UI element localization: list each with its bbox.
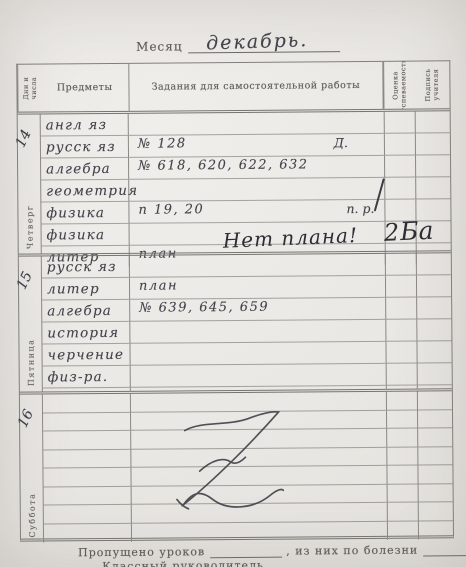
subject-text: алгебра <box>46 161 111 178</box>
signature-cell <box>418 428 452 447</box>
grade-cell <box>386 320 417 342</box>
signature-cell <box>416 155 450 177</box>
signature-cell <box>419 502 453 521</box>
signature-cell <box>417 341 451 363</box>
signature-cell <box>419 521 453 540</box>
month-label: Месяц <box>136 39 183 53</box>
subject-cell <box>43 449 131 468</box>
grade-cell <box>386 254 417 276</box>
z-doodle <box>170 407 291 518</box>
day-label-cell: 15 Пятница <box>19 257 43 392</box>
day-label-cell: 14 Четверг <box>18 115 42 254</box>
subject-cell: англ яз <box>41 114 129 137</box>
teacher-signature: Ба <box>399 216 433 246</box>
subject-text: физика <box>47 227 106 243</box>
subject-cell: литер <box>42 278 130 301</box>
header-subjects: Предметы <box>41 64 129 112</box>
task-cell: № 128Д. <box>129 134 385 158</box>
diary-row: русск яз № 128Д. <box>41 133 450 158</box>
task-cell: план <box>130 276 386 300</box>
missed-lessons-label: Пропущено уроков <box>78 545 205 559</box>
day-date-handwritten: 15 <box>14 269 36 292</box>
subject-cell: русск яз <box>42 256 130 279</box>
diary-row: история <box>42 319 451 344</box>
signature-cell <box>417 253 451 275</box>
signature-cell <box>417 319 451 341</box>
grade-cell <box>386 342 417 364</box>
diary-table: Дни и числа Предметы Задания для самосто… <box>16 60 454 541</box>
task-cell <box>129 112 385 136</box>
signature-cell <box>416 111 450 133</box>
task-text: план <box>139 277 178 298</box>
subject-text: русск яз <box>47 259 117 276</box>
day-date-handwritten: 14 <box>13 127 35 150</box>
grade-cell <box>386 298 417 320</box>
grade-cell <box>385 112 416 134</box>
grade-cell <box>387 447 418 466</box>
task-text: № 128 <box>138 135 187 156</box>
day-name: Четверг <box>25 204 34 248</box>
task-cell <box>131 364 387 388</box>
teacher-note-text: Нет плана! <box>222 223 358 253</box>
task-cell: № 639, 645, 659 <box>130 298 386 322</box>
signature-cell <box>418 465 452 484</box>
subject-cell: история <box>42 322 130 345</box>
subject-cell: русск яз <box>41 136 129 159</box>
signature-cell <box>417 275 451 297</box>
subject-cell: физика <box>41 202 129 225</box>
table-header-row: Дни и числа Предметы Задания для самосто… <box>17 61 449 114</box>
subject-text: черчение <box>47 347 124 364</box>
grade-cell <box>385 134 416 156</box>
header-grade: Оценка успеваемости <box>384 62 415 109</box>
diary-row: физ-ра. <box>43 363 452 388</box>
day-name: Суббота <box>28 493 37 538</box>
subject-text: физ-ра. <box>48 369 109 385</box>
missed-lessons-blank <box>210 547 282 559</box>
diary-row: литер план <box>42 275 451 300</box>
diary-sheet: Месяц декабрь. Дни и числа Предметы Зада… <box>0 0 466 567</box>
day-rows: русск яз литер план алгебра № 639, 645, … <box>42 253 452 391</box>
diary-row: алгебра № 639, 645, 659 <box>42 297 451 322</box>
grade-cell <box>388 484 419 503</box>
illness-label: , из них по болезни <box>286 544 418 558</box>
illness-blank <box>423 545 466 557</box>
subject-text: физика <box>46 205 105 221</box>
subject-text: геометрия <box>46 183 138 200</box>
subject-cell: алгебра <box>42 300 130 323</box>
diary-row: русск яз <box>42 253 451 278</box>
subject-cell: черчение <box>42 344 130 367</box>
subject-cell: геометрия <box>41 180 129 203</box>
task-cell <box>129 178 385 202</box>
task-cell: № 618, 620, 622, 632 <box>129 156 385 180</box>
diary-row: черчение <box>42 341 451 366</box>
class-teacher-label: Классный руководитель <box>102 559 264 567</box>
teacher-grade: 2 <box>383 218 399 247</box>
subject-text: алгебра <box>47 303 112 320</box>
subject-cell <box>43 412 131 431</box>
grade-cell <box>387 410 418 429</box>
subject-cell <box>43 468 131 487</box>
subject-cell <box>44 523 132 542</box>
day-block-thursday: 14 Четверг англ яз русск яз № 128Д. ал <box>18 111 451 253</box>
task-cell <box>132 521 388 542</box>
signature-cell <box>417 297 451 319</box>
task-text: № 618, 620, 622, 632 <box>138 156 309 178</box>
signature-cell <box>418 363 452 385</box>
month-header: Месяц декабрь. <box>136 35 341 54</box>
month-value-handwritten: декабрь. <box>206 29 309 54</box>
signature-cell <box>416 133 450 155</box>
subject-text: история <box>47 325 119 342</box>
subject-cell <box>43 394 131 413</box>
diary-row: англ яз <box>41 111 450 136</box>
subject-cell <box>44 505 132 524</box>
subject-cell <box>43 431 131 450</box>
grade-cell <box>385 178 416 200</box>
subject-cell: алгебра <box>41 158 129 181</box>
subject-cell: физика <box>42 224 130 247</box>
task-text: п 19, 20 <box>138 201 204 223</box>
day-label-cell: 16 Суббота <box>20 394 44 542</box>
subject-cell: физ-ра. <box>43 366 131 389</box>
day-date-handwritten: 16 <box>15 407 37 430</box>
header-signature: Подпись учителя <box>414 61 449 108</box>
day-block-saturday: 16 Суббота <box>20 388 453 542</box>
signature-cell <box>418 447 452 466</box>
signature-cell <box>418 391 452 410</box>
task-cell <box>130 342 386 366</box>
header-tasks: Задания для самостоятельной работы <box>129 62 384 111</box>
day-name: Пятница <box>26 339 35 387</box>
diary-page-scan: Месяц декабрь. Дни и числа Предметы Зада… <box>0 0 466 567</box>
footer-missed-line: Пропущено уроков , из них по болезни <box>78 543 466 559</box>
subject-cell <box>44 486 132 505</box>
signature-cell <box>419 484 453 503</box>
diary-row: геометрия <box>41 177 450 202</box>
grade-cell <box>388 503 419 522</box>
subject-text: англ яз <box>46 117 107 133</box>
task-mark: Д. <box>334 134 348 155</box>
grade-cell <box>387 364 418 386</box>
grade-cell <box>388 521 419 540</box>
grade-cell <box>387 466 418 485</box>
month-underline: декабрь. <box>188 35 340 53</box>
signature-cell <box>416 177 450 199</box>
day-block-friday: 15 Пятница русск яз литер план алгебра <box>19 250 452 391</box>
grade-cell <box>387 392 418 411</box>
diary-row: алгебра № 618, 620, 622, 632 <box>41 155 450 180</box>
grade-cell <box>387 429 418 448</box>
task-text: № 639, 645, 659 <box>139 299 269 321</box>
header-day-date: Дни и числа <box>17 64 41 111</box>
grade-cell <box>386 276 417 298</box>
diary-row <box>44 521 453 543</box>
subject-text: русск яз <box>46 139 116 156</box>
subject-text: литер <box>47 281 100 297</box>
task-cell <box>130 320 386 344</box>
grade-cell <box>385 156 416 178</box>
signature-cell <box>418 410 452 429</box>
task-cell <box>130 254 386 278</box>
